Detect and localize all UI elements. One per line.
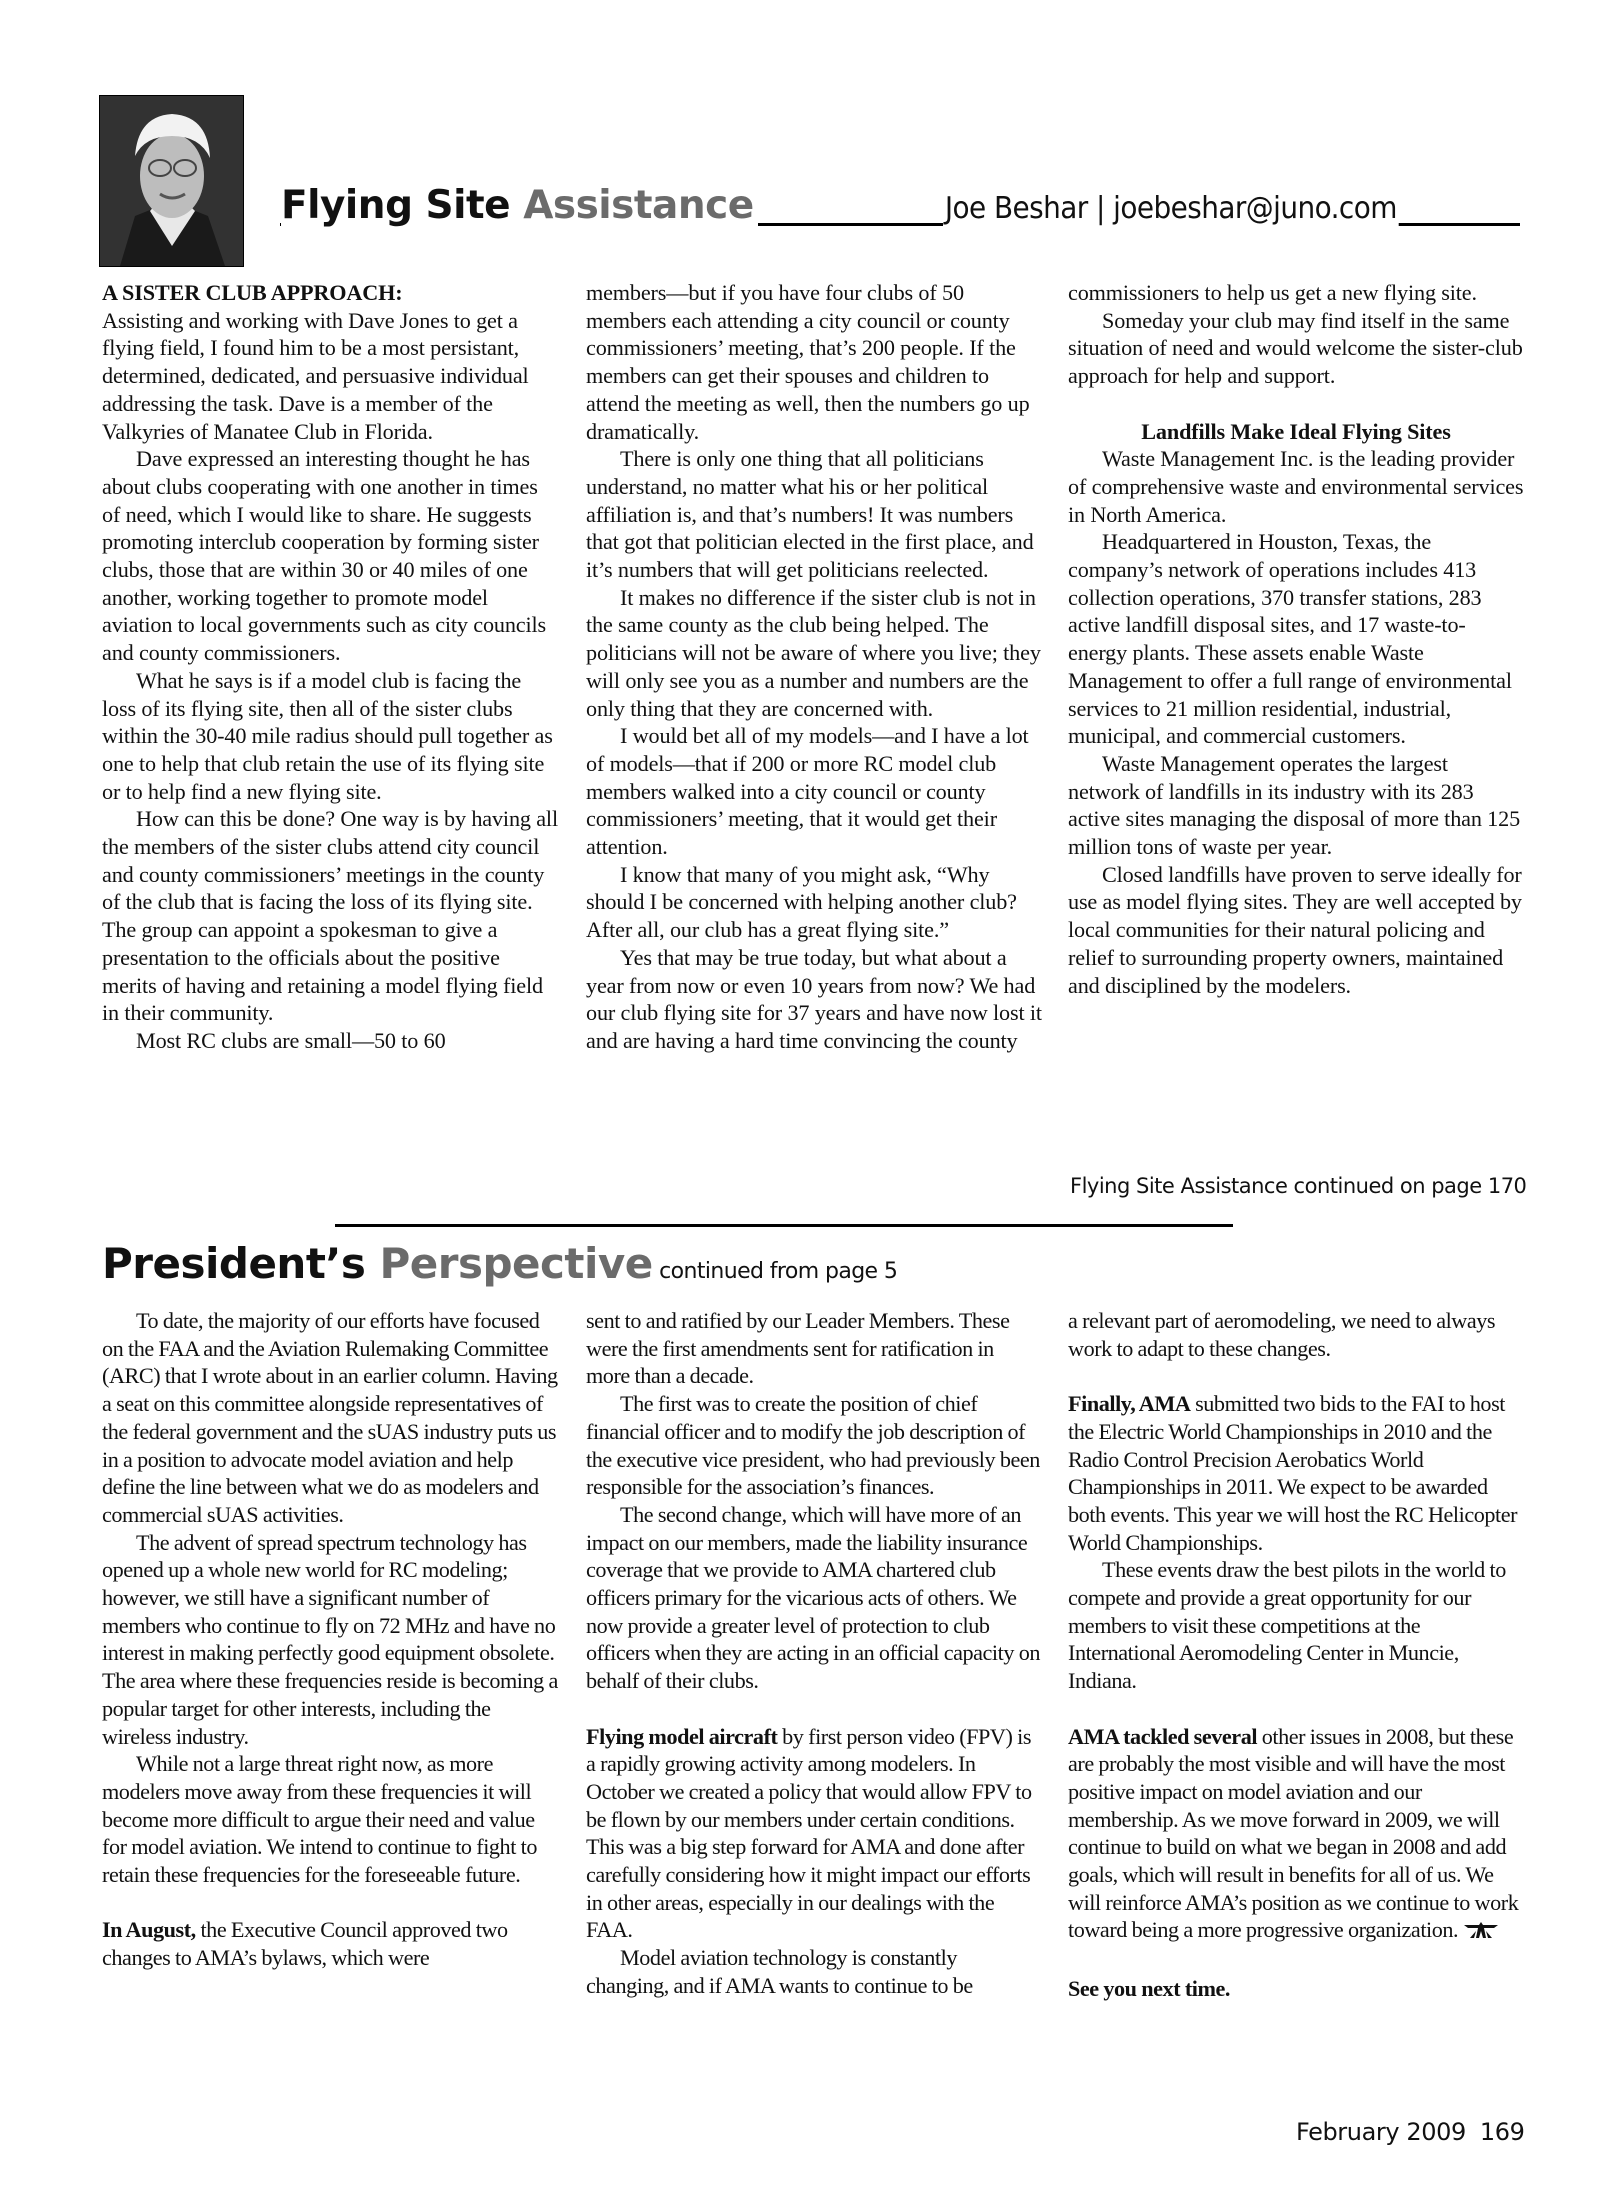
- paragraph: I would bet all of my models—and I have …: [586, 722, 1042, 861]
- article2-column-2: sent to and ratified by our Leader Membe…: [586, 1307, 1042, 2000]
- lead-heading-text: A SISTER CLUB APPROACH:: [102, 280, 402, 305]
- column-title-dark: Flying Site: [281, 183, 523, 228]
- paragraph: The advent of spread spectrum technology…: [102, 1529, 558, 1751]
- section-divider: [335, 1224, 1233, 1227]
- ama-logo-icon: [1464, 1919, 1498, 1947]
- bold-lead: Finally, AMA: [1068, 1391, 1190, 1416]
- paragraph: Most RC clubs are small—50 to 60: [102, 1027, 558, 1055]
- bold-lead: AMA tackled several: [1068, 1724, 1257, 1749]
- paragraph: How can this be done? One way is by havi…: [102, 805, 558, 1027]
- paragraph-fpv: Flying model aircraft by first person vi…: [586, 1723, 1042, 1945]
- issue-date: February 2009: [1296, 2118, 1466, 2146]
- subheading-landfills: Landfills Make Ideal Flying Sites: [1068, 418, 1524, 446]
- page-number: 169: [1480, 2118, 1525, 2146]
- paragraph: Closed landfills have proven to serve id…: [1068, 861, 1524, 1000]
- paragraph: Headquartered in Houston, Texas, the com…: [1068, 528, 1524, 750]
- article1-column-3: commissioners to help us get a new flyin…: [1068, 279, 1524, 999]
- article1-column-2: members—but if you have four clubs of 50…: [586, 279, 1042, 1055]
- page-footer: February 2009169: [1296, 2117, 1524, 2147]
- paragraph: Dave expressed an interesting thought he…: [102, 445, 558, 667]
- paragraph-finally: Finally, AMA submitted two bids to the F…: [1068, 1390, 1524, 1556]
- paragraph: Someday your club may find itself in the…: [1068, 307, 1524, 390]
- paragraph: To date, the majority of our efforts hav…: [102, 1307, 558, 1529]
- paragraph: sent to and ratified by our Leader Membe…: [586, 1307, 1042, 1390]
- paragraph: commissioners to help us get a new flyin…: [1068, 279, 1524, 307]
- paragraph-ama-tackled: AMA tackled several other issues in 2008…: [1068, 1723, 1524, 1948]
- paragraph: a relevant part of aeromodeling, we need…: [1068, 1307, 1524, 1362]
- column-title: Flying Site Assistance: [281, 184, 758, 228]
- title-gray: Perspective: [379, 1239, 652, 1288]
- author-photo: [99, 95, 244, 267]
- paragraph: Yes that may be true today, but what abo…: [586, 944, 1042, 1055]
- paragraph: members—but if you have four clubs of 50…: [586, 279, 1042, 445]
- sign-off: See you next time.: [1068, 1975, 1524, 2003]
- article1-column-1: A SISTER CLUB APPROACH: Assisting and wo…: [102, 279, 558, 1055]
- bold-lead: In August,: [102, 1917, 196, 1942]
- president-perspective-title: President’s Perspective continued from p…: [102, 1238, 897, 1298]
- paragraph: What he says is if a model club is facin…: [102, 667, 558, 806]
- paragraph-text: by first person video (FPV) is a rapidly…: [586, 1724, 1032, 1943]
- column-title-gray: Assistance: [523, 183, 754, 228]
- paragraph: The first was to create the position of …: [586, 1390, 1042, 1501]
- paragraph-in-august: In August, the Executive Council approve…: [102, 1916, 558, 1971]
- paragraph: These events draw the best pilots in the…: [1068, 1556, 1524, 1695]
- title-dark: President’s: [102, 1239, 379, 1288]
- article2-column-1: To date, the majority of our efforts hav…: [102, 1307, 558, 1972]
- continued-on-page-link[interactable]: Flying Site Assistance continued on page…: [1070, 1172, 1526, 1200]
- paragraph: Model aviation technology is constantly …: [586, 1944, 1042, 1999]
- paragraph: There is only one thing that all politic…: [586, 445, 1042, 584]
- paragraph-text: other issues in 2008, but these are prob…: [1068, 1724, 1518, 1943]
- paragraph: It makes no difference if the sister clu…: [586, 584, 1042, 723]
- paragraph: The second change, which will have more …: [586, 1501, 1042, 1695]
- author-byline: Joe Beshar | joebeshar@juno.com: [943, 191, 1399, 227]
- bold-lead: Flying model aircraft: [586, 1724, 777, 1749]
- article1-lead-heading: A SISTER CLUB APPROACH:: [102, 279, 558, 307]
- paragraph: Waste Management operates the largest ne…: [1068, 750, 1524, 861]
- author-portrait-image: [100, 96, 243, 266]
- article2-column-3: a relevant part of aeromodeling, we need…: [1068, 1307, 1524, 2003]
- paragraph: I know that many of you might ask, “Why …: [586, 861, 1042, 944]
- paragraph: Waste Management Inc. is the leading pro…: [1068, 445, 1524, 528]
- continued-from-page-link[interactable]: continued from page 5: [653, 1259, 898, 1284]
- paragraph: Assisting and working with Dave Jones to…: [102, 307, 558, 446]
- paragraph: While not a large threat right now, as m…: [102, 1750, 558, 1889]
- sign-off-text: See you next time.: [1068, 1976, 1230, 2001]
